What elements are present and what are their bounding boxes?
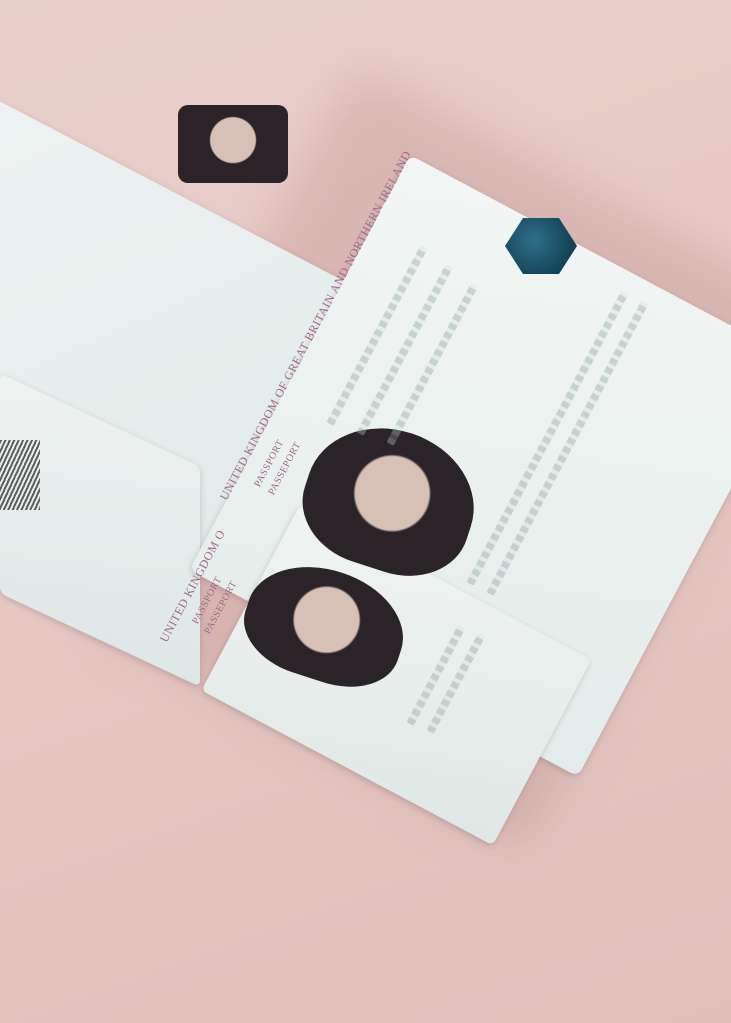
barcode-strip xyxy=(0,440,40,510)
photo-scene: UNITED KINGDOM OF GREAT BRITAIN AND NORT… xyxy=(0,0,731,1023)
ghost-portrait-photo xyxy=(178,105,288,183)
